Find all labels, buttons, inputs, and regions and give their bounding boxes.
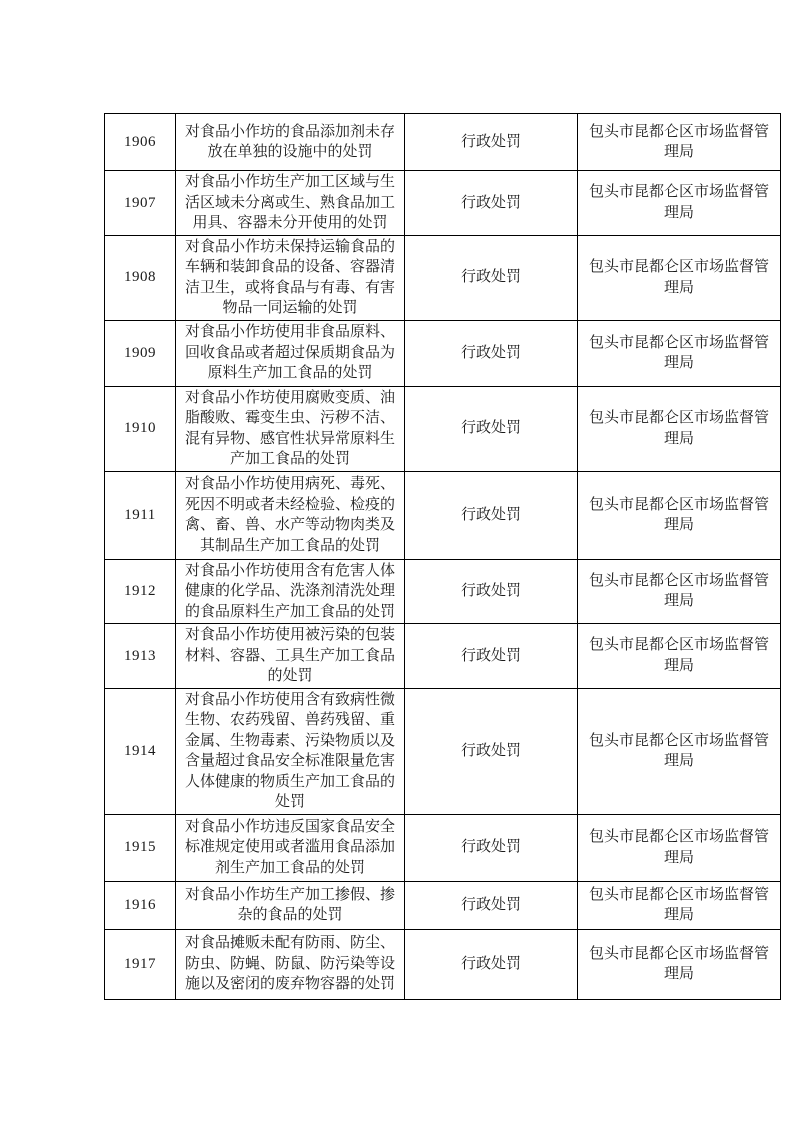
table-row: 1915 对食品小作坊违反国家食品安全 标准规定使用或者滥用食品添加 剂生产加工… [105,814,781,881]
item-description-cell: 对食品小作坊使用腐败变质、油 脂酸败、霉变生虫、污秽不洁、 混有异物、感官性状异… [176,386,405,471]
item-number-cell: 1917 [105,929,176,999]
item-description-cell: 对食品小作坊违反国家食品安全 标准规定使用或者滥用食品添加 剂生产加工食品的处罚 [176,814,405,881]
table-row: 1917 对食品摊贩未配有防雨、防尘、 防虫、防蝇、防鼠、防污染等设 施以及密闭… [105,929,781,999]
document-page: 1906 对食品小作坊的食品添加剂未存 放在单独的设施中的处罚 行政处罚 包头市… [0,0,793,1122]
penalty-type-cell: 行政处罚 [405,881,578,929]
penalty-table: 1906 对食品小作坊的食品添加剂未存 放在单独的设施中的处罚 行政处罚 包头市… [104,113,781,1000]
item-number-cell: 1907 [105,171,176,236]
penalty-table-body: 1906 对食品小作坊的食品添加剂未存 放在单独的设施中的处罚 行政处罚 包头市… [105,114,781,1000]
table-row: 1906 对食品小作坊的食品添加剂未存 放在单独的设施中的处罚 行政处罚 包头市… [105,114,781,171]
authority-cell: 包头市昆都仑区市场监督管 理局 [578,624,781,689]
penalty-type-cell: 行政处罚 [405,814,578,881]
item-number-cell: 1911 [105,471,176,559]
item-number-cell: 1915 [105,814,176,881]
item-description-cell: 对食品小作坊生产加工区域与生 活区域未分离或生、熟食品加工 用具、容器未分开使用… [176,171,405,236]
authority-cell: 包头市昆都仑区市场监督管 理局 [578,559,781,624]
item-number-cell: 1906 [105,114,176,171]
penalty-type-cell: 行政处罚 [405,471,578,559]
authority-cell: 包头市昆都仑区市场监督管 理局 [578,814,781,881]
penalty-type-cell: 行政处罚 [405,171,578,236]
authority-cell: 包头市昆都仑区市场监督管 理局 [578,929,781,999]
item-description-cell: 对食品小作坊使用非食品原料、 回收食品或者超过保质期食品为 原料生产加工食品的处… [176,320,405,386]
item-description-cell: 对食品小作坊的食品添加剂未存 放在单独的设施中的处罚 [176,114,405,171]
item-description-cell: 对食品小作坊使用含有危害人体 健康的化学品、洗涤剂清洗处理 的食品原料生产加工食… [176,559,405,624]
penalty-type-cell: 行政处罚 [405,688,578,814]
authority-cell: 包头市昆都仑区市场监督管 理局 [578,235,781,320]
authority-cell: 包头市昆都仑区市场监督管 理局 [578,471,781,559]
authority-cell: 包头市昆都仑区市场监督管 理局 [578,320,781,386]
penalty-type-cell: 行政处罚 [405,320,578,386]
item-number-cell: 1912 [105,559,176,624]
authority-cell: 包头市昆都仑区市场监督管 理局 [578,171,781,236]
authority-cell: 包头市昆都仑区市场监督管 理局 [578,386,781,471]
table-row: 1914 对食品小作坊使用含有致病性微 生物、农药残留、兽药残留、重 金属、生物… [105,688,781,814]
penalty-type-cell: 行政处罚 [405,235,578,320]
item-description-cell: 对食品小作坊使用被污染的包装 材料、容器、工具生产加工食品 的处罚 [176,624,405,689]
item-number-cell: 1910 [105,386,176,471]
penalty-type-cell: 行政处罚 [405,929,578,999]
penalty-type-cell: 行政处罚 [405,559,578,624]
table-row: 1907 对食品小作坊生产加工区域与生 活区域未分离或生、熟食品加工 用具、容器… [105,171,781,236]
authority-cell: 包头市昆都仑区市场监督管 理局 [578,114,781,171]
table-row: 1908 对食品小作坊未保持运输食品的 车辆和装卸食品的设备、容器清 洁卫生，或… [105,235,781,320]
item-number-cell: 1913 [105,624,176,689]
table-row: 1910 对食品小作坊使用腐败变质、油 脂酸败、霉变生虫、污秽不洁、 混有异物、… [105,386,781,471]
table-row: 1911 对食品小作坊使用病死、毒死、 死因不明或者未经检验、检疫的 禽、畜、兽… [105,471,781,559]
table-row: 1909 对食品小作坊使用非食品原料、 回收食品或者超过保质期食品为 原料生产加… [105,320,781,386]
item-number-cell: 1908 [105,235,176,320]
table-row: 1916 对食品小作坊生产加工掺假、掺 杂的食品的处罚 行政处罚 包头市昆都仑区… [105,881,781,929]
authority-cell: 包头市昆都仑区市场监督管 理局 [578,881,781,929]
item-number-cell: 1914 [105,688,176,814]
item-description-cell: 对食品小作坊生产加工掺假、掺 杂的食品的处罚 [176,881,405,929]
penalty-type-cell: 行政处罚 [405,386,578,471]
item-number-cell: 1916 [105,881,176,929]
item-description-cell: 对食品小作坊使用含有致病性微 生物、农药残留、兽药残留、重 金属、生物毒素、污染… [176,688,405,814]
penalty-type-cell: 行政处罚 [405,624,578,689]
item-number-cell: 1909 [105,320,176,386]
item-description-cell: 对食品摊贩未配有防雨、防尘、 防虫、防蝇、防鼠、防污染等设 施以及密闭的废弃物容… [176,929,405,999]
item-description-cell: 对食品小作坊未保持运输食品的 车辆和装卸食品的设备、容器清 洁卫生，或将食品与有… [176,235,405,320]
penalty-type-cell: 行政处罚 [405,114,578,171]
authority-cell: 包头市昆都仑区市场监督管 理局 [578,688,781,814]
item-description-cell: 对食品小作坊使用病死、毒死、 死因不明或者未经检验、检疫的 禽、畜、兽、水产等动… [176,471,405,559]
table-row: 1912 对食品小作坊使用含有危害人体 健康的化学品、洗涤剂清洗处理 的食品原料… [105,559,781,624]
table-row: 1913 对食品小作坊使用被污染的包装 材料、容器、工具生产加工食品 的处罚 行… [105,624,781,689]
